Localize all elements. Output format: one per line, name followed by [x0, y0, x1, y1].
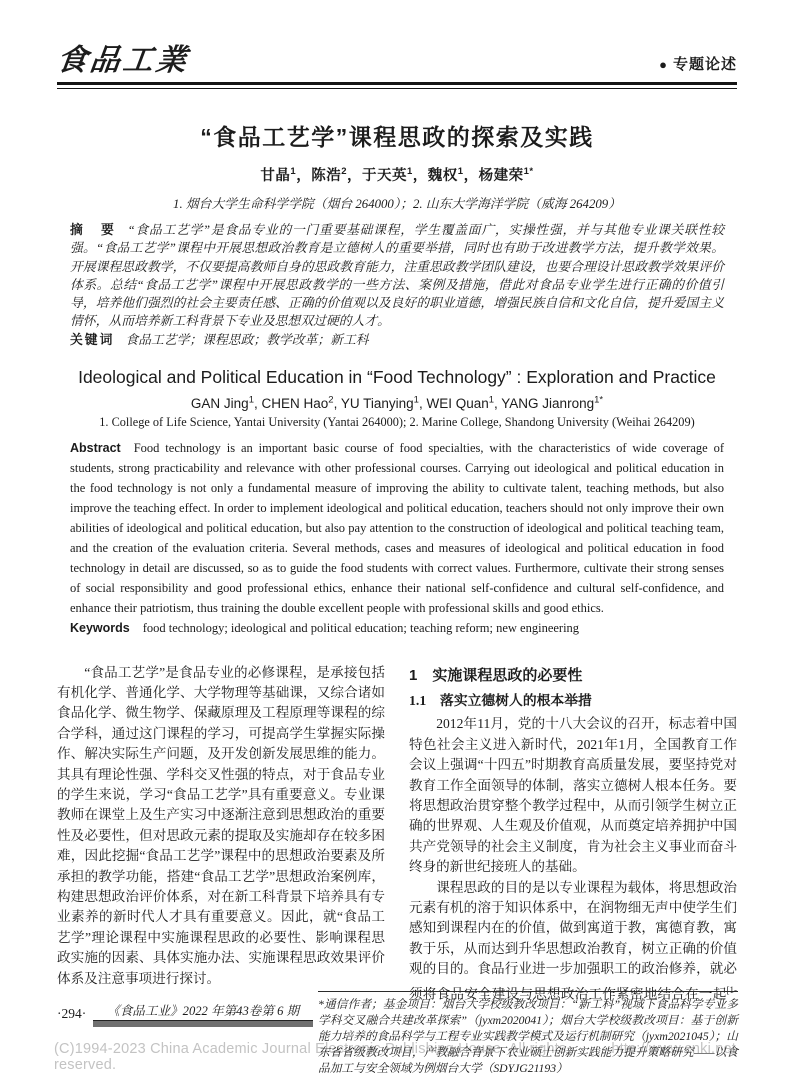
- intro-paragraph: “食品工艺学”是食品专业的必修课程，是承接包括有机化学、普通化学、大学物理等基础…: [57, 663, 385, 990]
- paragraph-text: 课程思政的目的是以专业课程为载体，将思想政治元素有机的溶于知识体系中，在润物细无…: [409, 880, 737, 1002]
- author-separator: ,: [334, 396, 341, 411]
- author-zh: 杨建荣1*: [479, 168, 534, 184]
- author-name: YU Tianying: [341, 396, 414, 411]
- left-column: “食品工艺学”是食品专业的必修课程，是承接包括有机化学、普通化学、大学物理等基础…: [57, 663, 385, 1003]
- author-name: 甘晶: [260, 168, 290, 184]
- keywords-zh-text: 食品工艺学；课程思政；教学改革；新工科: [125, 333, 368, 347]
- page-footer: ·294· 《食品工业》2022 年第43卷第 6 期: [57, 1000, 313, 1027]
- author-en: CHEN Hao2,: [262, 396, 341, 411]
- masthead: 食品工業 ●专题论述: [57, 0, 737, 77]
- article-title-zh: “食品工艺学”课程思政的探索及实践: [57, 119, 737, 152]
- author-name: WEI Quan: [426, 396, 488, 411]
- author-en: WEI Quan1,: [426, 396, 501, 411]
- author-en: YU Tianying1,: [341, 396, 427, 411]
- abstract-en-text: Food technology is an important basic co…: [70, 441, 724, 615]
- author-separator: ，: [413, 168, 428, 184]
- page-number: ·294·: [57, 1006, 86, 1022]
- keywords-en-label: Keywords: [70, 621, 130, 635]
- author-en: GAN Jing1,: [191, 396, 262, 411]
- author-separator: ，: [347, 168, 362, 184]
- abstract-en-paragraph: AbstractFood technology is an important …: [70, 438, 724, 618]
- keywords-en-paragraph: Keywordsfood technology; ideological and…: [70, 618, 724, 638]
- author-separator: ，: [296, 168, 311, 184]
- author-name: GAN Jing: [191, 396, 249, 411]
- abstract-zh-block: 摘 要“食品工艺学”是食品专业的一门重要基础课程，学生覆盖面广，实操性强，并与其…: [70, 221, 724, 349]
- keywords-zh-paragraph: 关键词食品工艺学；课程思政；教学改革；新工科: [70, 331, 724, 349]
- keywords-en-text: food technology; ideological and politic…: [143, 621, 579, 635]
- footnote: *通信作者；基金项目：烟台大学校级教改项目：“新工科”视域下食品科学专业多学科交…: [318, 991, 738, 1077]
- keywords-zh-label: 关键词: [70, 332, 114, 347]
- abstract-zh-paragraph: 摘 要“食品工艺学”是食品专业的一门重要基础课程，学生覆盖面广，实操性强，并与其…: [70, 221, 724, 331]
- header-rule-thick: [57, 82, 737, 85]
- right-column: 1 实施课程思政的必要性 1.1 落实立德树人的根本举措 2012年11月，党的…: [409, 663, 737, 1003]
- section-1-1-heading: 1.1 落实立德树人的根本举措: [409, 691, 737, 711]
- journal-page: 食品工業 ●专题论述 “食品工艺学”课程思政的探索及实践 甘晶1，陈浩2，于天英…: [0, 0, 794, 1078]
- body-columns: “食品工艺学”是食品专业的必修课程，是承接包括有机化学、普通化学、大学物理等基础…: [57, 663, 737, 1003]
- author-zh: 甘晶1，: [260, 168, 311, 184]
- author-name: YANG Jianrong: [501, 396, 594, 411]
- author-superscript: 1*: [524, 166, 534, 177]
- author-name: 陈浩: [311, 168, 341, 184]
- footer-bar: [93, 1020, 313, 1027]
- authors-zh: 甘晶1，陈浩2，于天英1，魏权1，杨建荣1*: [57, 164, 737, 185]
- article-title-en: Ideological and Political Education in “…: [57, 367, 737, 388]
- author-name: 魏权: [428, 168, 458, 184]
- journal-issue-text: 《食品工业》2022 年第43卷第 6 期: [107, 1004, 299, 1018]
- author-separator: ,: [254, 396, 262, 411]
- section-label-text: 专题论述: [673, 56, 737, 73]
- abstract-en-block: AbstractFood technology is an important …: [70, 438, 724, 638]
- abstract-zh-text: “食品工艺学”是食品专业的一门重要基础课程，学生覆盖面广，实操性强，并与其他专业…: [70, 223, 724, 328]
- author-name: 于天英: [362, 168, 407, 184]
- author-en: YANG Jianrong1*: [501, 396, 603, 411]
- author-zh: 于天英1，: [362, 168, 428, 184]
- body-paragraph: 2012年11月，党的十八大会议的召开，标志着中国特色社会主义进入新时代，202…: [409, 714, 737, 877]
- author-name: CHEN Hao: [262, 396, 329, 411]
- author-name: 杨建荣: [479, 168, 524, 184]
- section-label: ●专题论述: [659, 53, 737, 77]
- journal-issue: 《食品工业》2022 年第43卷第 6 期: [93, 1000, 313, 1027]
- author-zh: 陈浩2，: [311, 168, 362, 184]
- abstract-en-label: Abstract: [70, 441, 121, 455]
- abstract-zh-label: 摘 要: [70, 222, 117, 237]
- author-zh: 魏权1，: [428, 168, 479, 184]
- affiliations-zh: 1. 烟台大学生命科学学院（烟台 264000）；2. 山东大学海洋学院（威海 …: [57, 193, 737, 212]
- author-superscript: 1*: [594, 394, 603, 405]
- bullet-icon: ●: [659, 57, 668, 72]
- footnote-text: *通信作者；基金项目：烟台大学校级教改项目：“新工科”视域下食品科学专业多学科交…: [318, 998, 738, 1075]
- affiliations-en: 1. College of Life Science, Yantai Unive…: [57, 415, 737, 430]
- author-separator: ，: [464, 168, 479, 184]
- journal-logo: 食品工業: [55, 44, 191, 77]
- section-1-heading: 1 实施课程思政的必要性: [409, 666, 737, 686]
- body-paragraph: 课程思政的目的是以专业课程为载体，将思想政治元素有机的溶于知识体系中，在润物细无…: [409, 878, 737, 1003]
- header-rule-thin: [57, 88, 737, 90]
- authors-en: GAN Jing1, CHEN Hao2, YU Tianying1, WEI …: [57, 394, 737, 411]
